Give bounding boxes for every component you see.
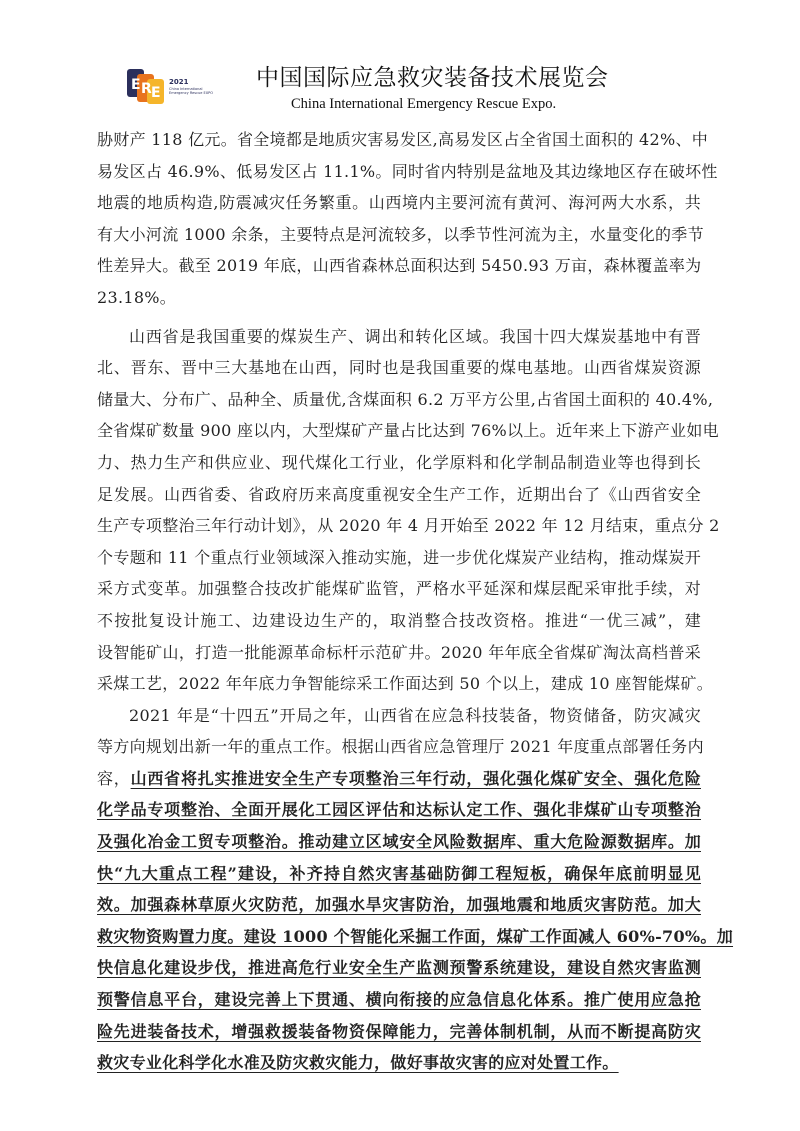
- paragraph-coal-industry: 山西省是我国重要的煤炭生产、调出和转化区域。我国十四大煤炭基地中有晋 北、晋东、…: [97, 321, 701, 700]
- paragraph-geology: 胁财产 118 亿元。省全境都是地质灾害易发区,高易发区占全省国土面积的 42%…: [97, 124, 701, 314]
- text-line: 个专题和 11 个重点行业领域深入推动实施，进一步优化煤炭产业结构，推动煤炭开: [97, 542, 701, 574]
- text-line: 23.18%。: [97, 282, 701, 314]
- text-line: 足发展。山西省委、省政府历来高度重视安全生产工作，近期出台了《山西省安全: [97, 479, 701, 511]
- emphasized-line: 及强化冶金工贸专项整治。推动建立区域安全风险数据库、重大危险源数据库。加: [97, 826, 701, 858]
- text-line: 不按批复设计施工、边建设边生产的，取消整合技改资格。推进“一优三减”，建: [97, 605, 701, 637]
- header-title-chinese: 中国国际应急救灾装备技术展览会: [256, 65, 609, 91]
- emphasized-text: 山西省将扎实推进安全生产专项整治三年行动，强化强化煤矿安全、强化危险: [131, 769, 701, 788]
- text-line: 地震的地质构造,防震减灾任务繁重。山西境内主要河流有黄河、海河两大水系，共: [97, 187, 701, 219]
- emphasized-text: 预警信息平台，建设完善上下贯通、横向衔接的应急信息化体系。推广使用应急抢: [97, 990, 701, 1009]
- emphasized-text: 救灾物资购置力度。建设 1000 个智能化采掘工作面，煤矿工作面减人 60%-7…: [97, 927, 733, 946]
- emphasized-line: 险先进装备技术，增强救援装备物资保障能力，完善体制机制，从而不断提高防灾: [97, 1016, 701, 1048]
- emphasized-line: 化学品专项整治、全面开展化工园区评估和达标认定工作、强化非煤矿山专项整治: [97, 794, 701, 826]
- emphasized-text: 快信息化建设步伐，推进高危行业安全生产监测预警系统建设，建设自然灾害监测: [97, 958, 701, 977]
- page-header: E R E 2021 China International Emergency…: [0, 0, 800, 120]
- text-line: 力、热力生产和供应业、现代煤化工行业，化学原料和化学制品制造业等也得到长: [97, 447, 701, 479]
- text-line: 全省煤矿数量 900 座以内，大型煤矿产量占比达到 76%以上。近年来上下游产业…: [97, 415, 701, 447]
- emphasized-line: 救灾物资购置力度。建设 1000 个智能化采掘工作面，煤矿工作面减人 60%-7…: [97, 921, 701, 953]
- emphasized-line: 效。加强森林草原火灾防范，加强水旱灾害防治，加强地震和地质灾害防范。加大: [97, 889, 701, 921]
- text-line: 采煤工艺，2022 年年底力争智能综采工作面达到 50 个以上，建成 10 座智…: [97, 668, 701, 700]
- text-line: 储量大、分布广、品种全、质量优,含煤面积 6.2 万平方公里,占省国土面积的 4…: [97, 384, 701, 416]
- text-line: 设智能矿山，打造一批能源革命标杆示范矿井。2020 年年底全省煤矿淘汰高档普采: [97, 637, 701, 669]
- emphasized-line: 快信息化建设步伐，推进高危行业安全生产监测预警系统建设，建设自然灾害监测: [97, 952, 701, 984]
- text-line: 采方式变革。加强整合技改扩能煤矿监管，严格水平延深和煤层配采审批手续，对: [97, 573, 701, 605]
- paragraph-gap: [97, 314, 701, 321]
- emphasized-line: 预警信息平台，建设完善上下贯通、横向衔接的应急信息化体系。推广使用应急抢: [97, 984, 701, 1016]
- document-body: 胁财产 118 亿元。省全境都是地质灾害易发区,高易发区占全省国土面积的 42%…: [97, 124, 701, 1079]
- text-line: 2021 年是“十四五”开局之年，山西省在应急科技装备，物资储备，防灾减灾: [97, 700, 701, 732]
- paragraph-2021-plan: 2021 年是“十四五”开局之年，山西省在应急科技装备，物资储备，防灾减灾 等方…: [97, 700, 701, 1079]
- expo-logo: E R E 2021 China International Emergency…: [127, 66, 222, 104]
- emphasized-text: 险先进装备技术，增强救援装备物资保障能力，完善体制机制，从而不断提高防灾: [97, 1022, 701, 1041]
- plain-text: 容，: [97, 769, 131, 788]
- text-line: 等方向规划出新一年的重点工作。根据山西省应急管理厅 2021 年度重点部署任务内: [97, 731, 701, 763]
- emphasized-text: 效。加强森林草原火灾防范，加强水旱灾害防治，加强地震和地质灾害防范。加大: [97, 895, 701, 914]
- logo-letter-e1: E: [131, 78, 141, 92]
- text-line: 山西省是我国重要的煤炭生产、调出和转化区域。我国十四大煤炭基地中有晋: [97, 321, 701, 353]
- logo-letter-e2: E: [151, 86, 161, 100]
- text-line: 易发区占 46.9%、低易发区占 11.1%。同时省内特别是盆地及其边缘地区存在…: [97, 156, 701, 188]
- text-line: 胁财产 118 亿元。省全境都是地质灾害易发区,高易发区占全省国土面积的 42%…: [97, 124, 701, 156]
- text-line: 性差异大。截至 2019 年底，山西省森林总面积达到 5450.93 万亩，森林…: [97, 250, 701, 282]
- emphasized-text: 快“九大重点工程”建设，补齐持自然灾害基础防御工程短板，确保年底前明显见: [97, 864, 701, 883]
- emphasized-line: 快“九大重点工程”建设，补齐持自然灾害基础防御工程短板，确保年底前明显见: [97, 858, 701, 890]
- emphasized-text: 化学品专项整治、全面开展化工园区评估和达标认定工作、强化非煤矿山专项整治: [97, 800, 701, 819]
- logo-subtitle-line2: Emergency Rescue EXPO: [169, 91, 213, 95]
- text-line: 北、晋东、晋中三大基地在山西，同时也是我国重要的煤电基地。山西省煤炭资源: [97, 352, 701, 384]
- text-line: 有大小河流 1000 余条，主要特点是河流较多，以季节性河流为主，水量变化的季节: [97, 219, 701, 251]
- header-title-english: China International Emergency Rescue Exp…: [291, 95, 556, 113]
- text-line: 生产专项整治三年行动计划》，从 2020 年 4 月开始至 2022 年 12 …: [97, 510, 701, 542]
- emphasized-text: 及强化冶金工贸专项整治。推动建立区域安全风险数据库、重大危险源数据库。加: [97, 832, 701, 851]
- emphasized-text: 救灾专业化科学化水准及防灾救灾能力，做好事故灾害的应对处置工作。: [97, 1053, 619, 1072]
- text-line-mixed: 容，山西省将扎实推进安全生产专项整治三年行动，强化强化煤矿安全、强化危险: [97, 763, 701, 795]
- emphasized-line: 救灾专业化科学化水准及防灾救灾能力，做好事故灾害的应对处置工作。: [97, 1047, 701, 1079]
- logo-year: 2021: [169, 79, 188, 86]
